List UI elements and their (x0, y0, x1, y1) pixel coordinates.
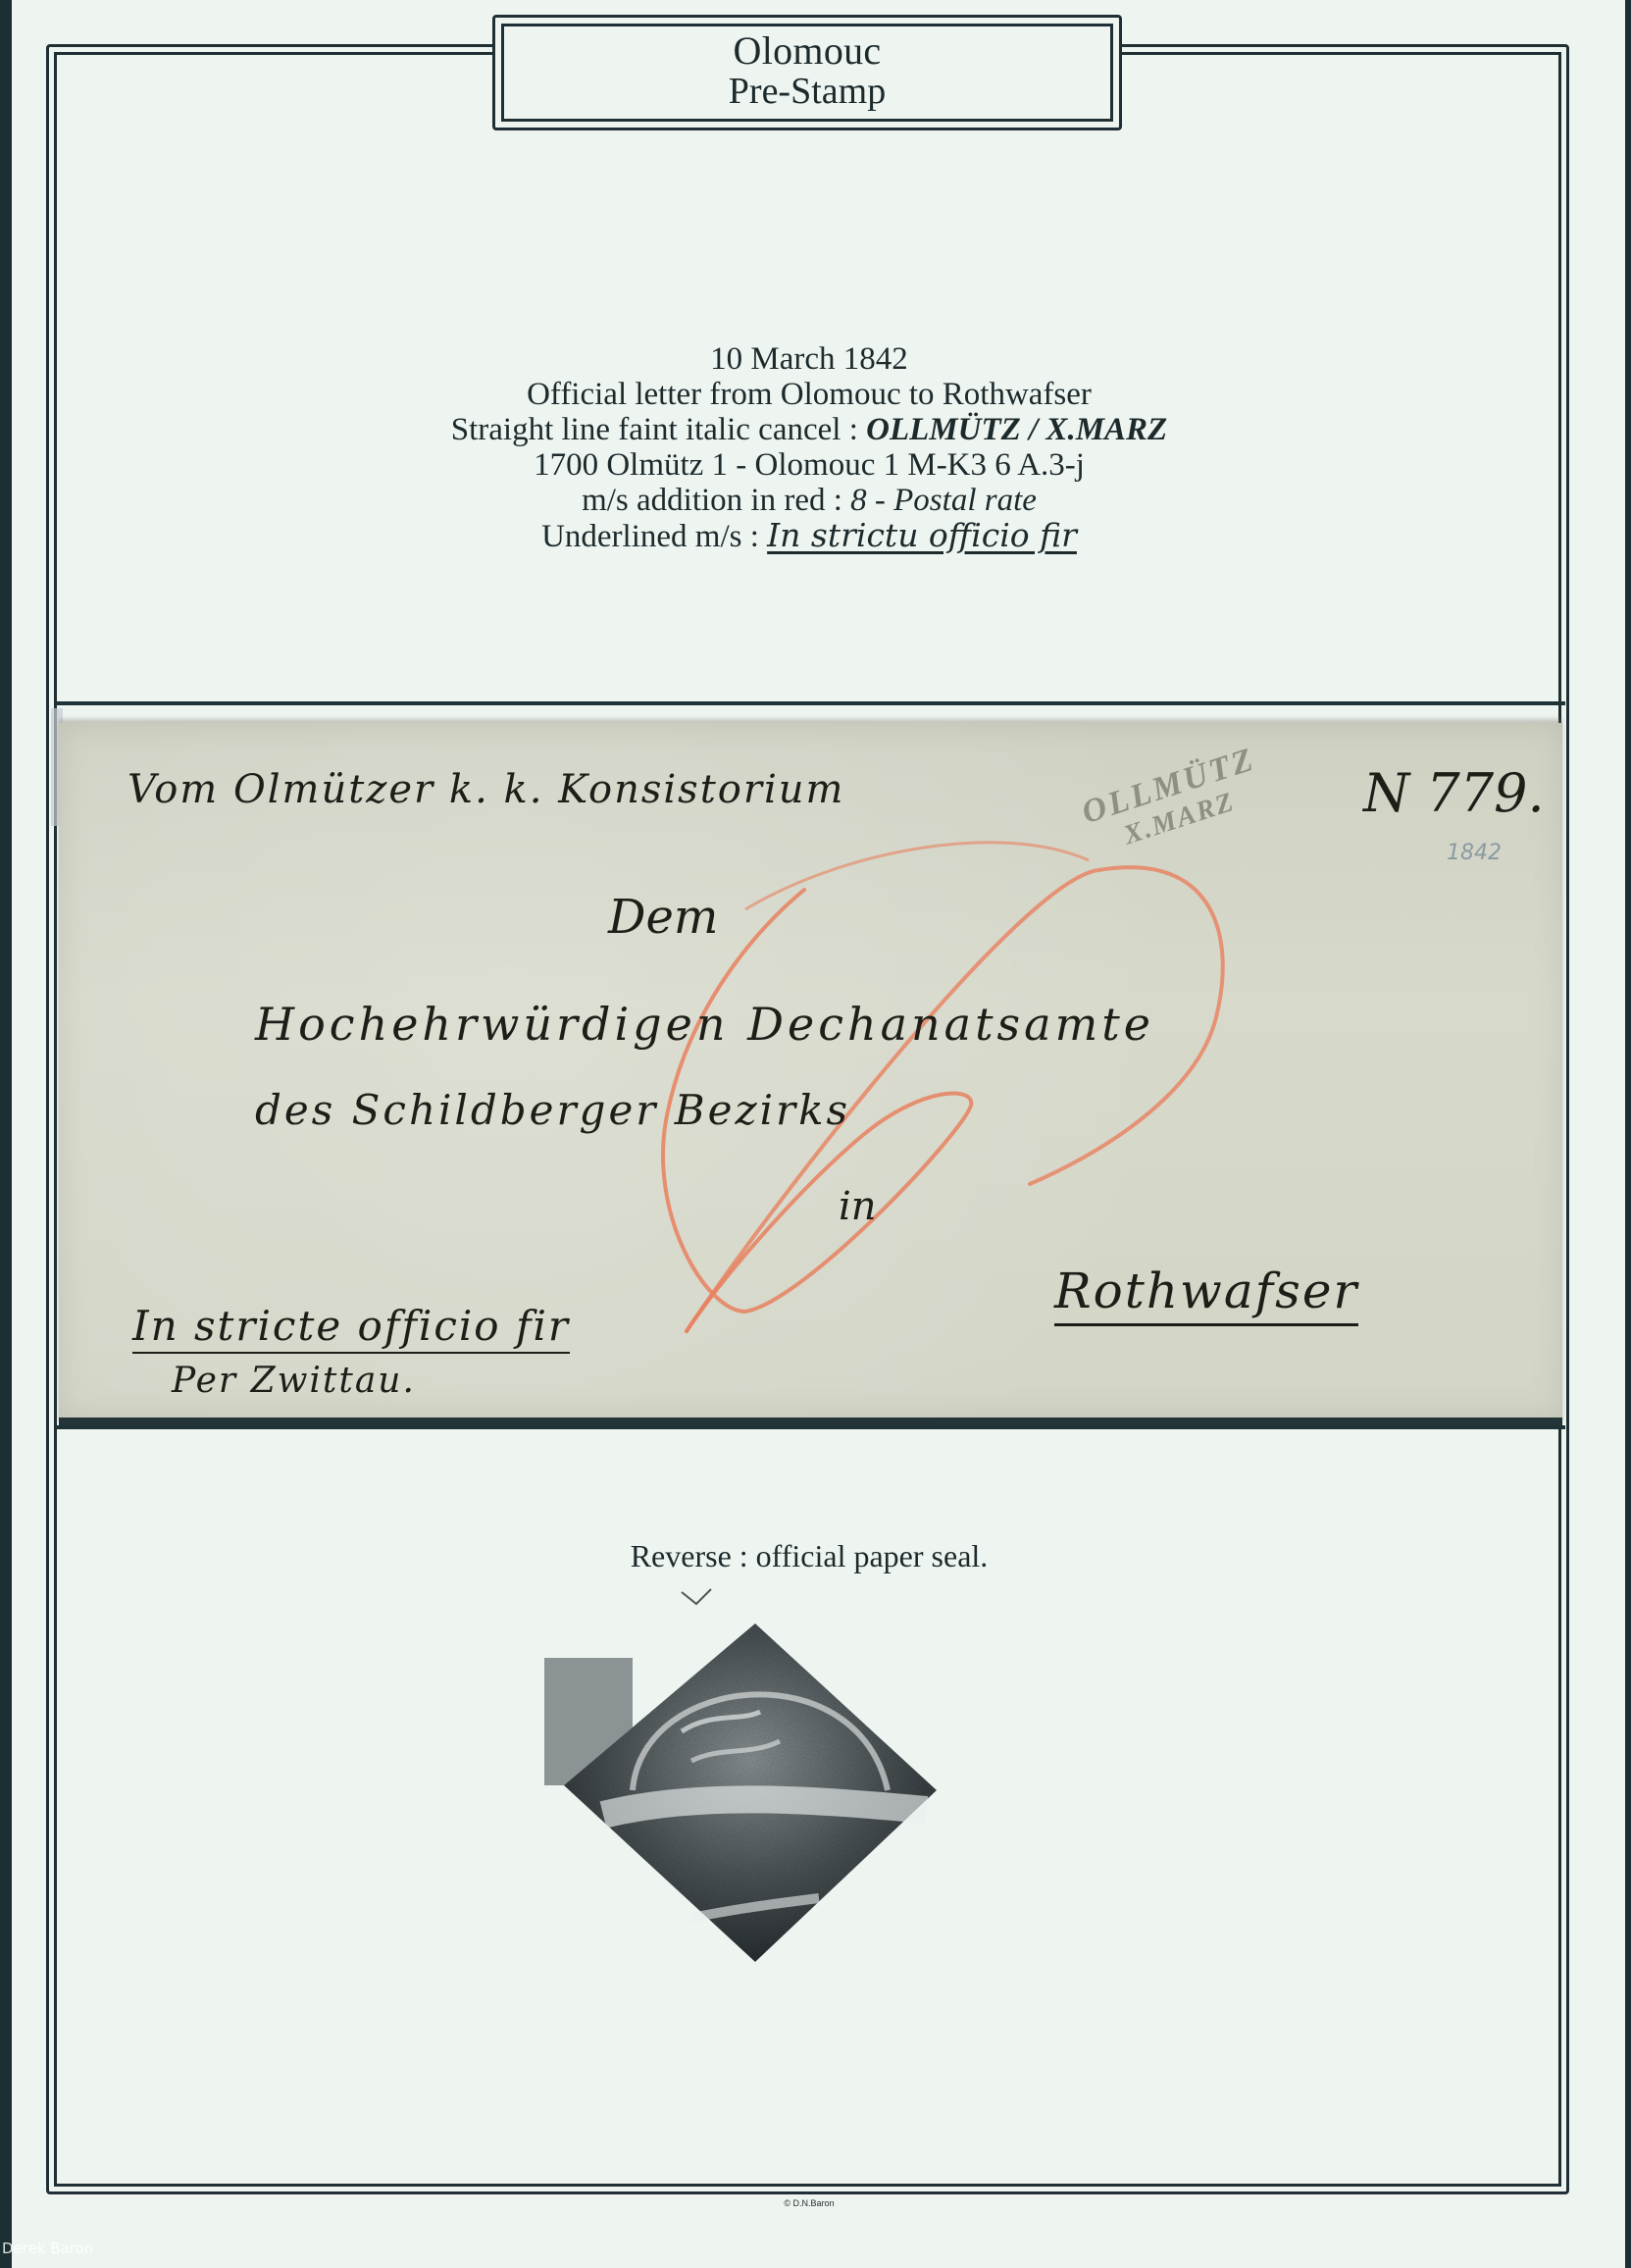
page-subtitle: Pre-Stamp (504, 72, 1110, 111)
divider-top (56, 701, 1565, 705)
official-note-line-1: In stricte officio fir (132, 1302, 570, 1354)
pencil-year: 1842 (1447, 841, 1502, 865)
address-line-1: Hochehrwürdigen Dechanatsamte (255, 998, 1154, 1051)
description-catalogue: 1700 Olmütz 1 - Olomouc 1 M-K3 6 A.3-j (59, 447, 1559, 483)
scan-edge-left (0, 0, 12, 2268)
addition-label: m/s addition in red : (582, 483, 850, 518)
cancel-label: Straight line faint italic cancel : (451, 412, 866, 447)
copyright: © D.N.Baron (59, 2198, 1559, 2208)
description-underlined: Underlined m/s : In strictu officio fir (59, 518, 1559, 554)
scan-edge-right (1625, 0, 1631, 2268)
description-addition: m/s addition in red : 8 - Postal rate (59, 483, 1559, 518)
paper-seal-image (544, 1584, 966, 1967)
watermark: Derek Baron (2, 2240, 93, 2257)
addition-value: 8 (850, 483, 867, 518)
reverse-caption: Reverse : official paper seal. (59, 1538, 1559, 1574)
letter-image: Vom Olmützer k. k. Konsistorium OLLMÜTZ … (59, 723, 1562, 1425)
destination: Rothwafser (1054, 1263, 1358, 1326)
official-note-line-2: Per Zwittau. (172, 1361, 416, 1401)
page-title: Olomouc (504, 30, 1110, 72)
description-block: 10 March 1842 Official letter from Olomo… (59, 341, 1559, 554)
title-box-inner: Olomouc Pre-Stamp (501, 24, 1113, 122)
description-cancel: Straight line faint italic cancel : OLLM… (59, 412, 1559, 447)
divider-bottom (56, 1425, 1565, 1429)
reference-number: N 779. (1363, 762, 1545, 824)
addition-desc: - Postal rate (867, 483, 1037, 518)
sender-line: Vom Olmützer k. k. Konsistorium (127, 767, 844, 812)
description-date: 10 March 1842 (59, 341, 1559, 377)
description-summary: Official letter from Olomouc to Rothwafs… (59, 377, 1559, 412)
underlined-label: Underlined m/s : (541, 519, 767, 554)
address-in: in (839, 1184, 877, 1229)
address-line-2: des Schildberger Bezirks (255, 1086, 850, 1134)
underlined-text: In strictu officio fir (767, 516, 1077, 554)
ollmutz-cancel: OLLMÜTZ X.MARZ (1078, 741, 1270, 861)
cancel-text: OLLMÜTZ / X.MARZ (866, 412, 1167, 447)
salutation: Dem (608, 890, 718, 945)
